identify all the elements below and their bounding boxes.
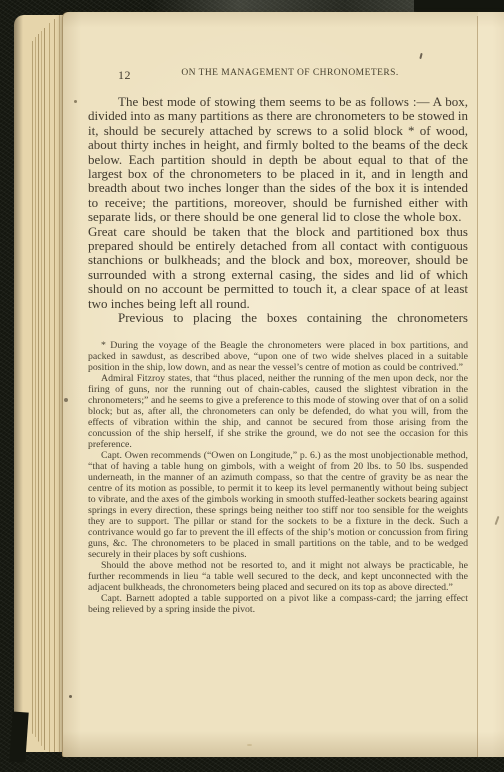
fore-edge-zone <box>478 12 504 757</box>
text-column: 12 ON THE MANAGEMENT OF CHRONOMETERS. Th… <box>88 12 468 615</box>
ink-speck <box>64 398 68 402</box>
footnote-barnett: Capt. Barnett adopted a table supported … <box>88 593 468 615</box>
running-head: 12 ON THE MANAGEMENT OF CHRONOMETERS. <box>88 68 468 82</box>
footnote-fitzroy: Admiral Fitzroy states, that “thus place… <box>88 373 468 450</box>
page-edge-stack <box>14 15 63 752</box>
footnote-beagle: * During the voyage of the Beagle the ch… <box>88 340 468 373</box>
ink-speck <box>74 100 77 103</box>
page-number: 12 <box>118 68 131 83</box>
paragraph-stowing-method: The best mode of stowing them seems to b… <box>88 95 468 311</box>
body-text: The best mode of stowing them seems to b… <box>88 95 468 326</box>
book-page: 12 ON THE MANAGEMENT OF CHRONOMETERS. Th… <box>63 12 504 757</box>
fore-edge-line <box>477 16 478 757</box>
running-title: ON THE MANAGEMENT OF CHRONOMETERS. <box>88 68 468 78</box>
ink-speck <box>247 744 252 746</box>
footnote-section: * During the voyage of the Beagle the ch… <box>88 340 468 615</box>
paragraph-previous-to-placing: Previous to placing the boxes containing… <box>88 311 468 325</box>
footnote-owen-alternative: Should the above method not be resorted … <box>88 560 468 593</box>
ink-speck <box>69 695 72 698</box>
footnote-owen: Capt. Owen recommends (“Owen on Longitud… <box>88 450 468 560</box>
